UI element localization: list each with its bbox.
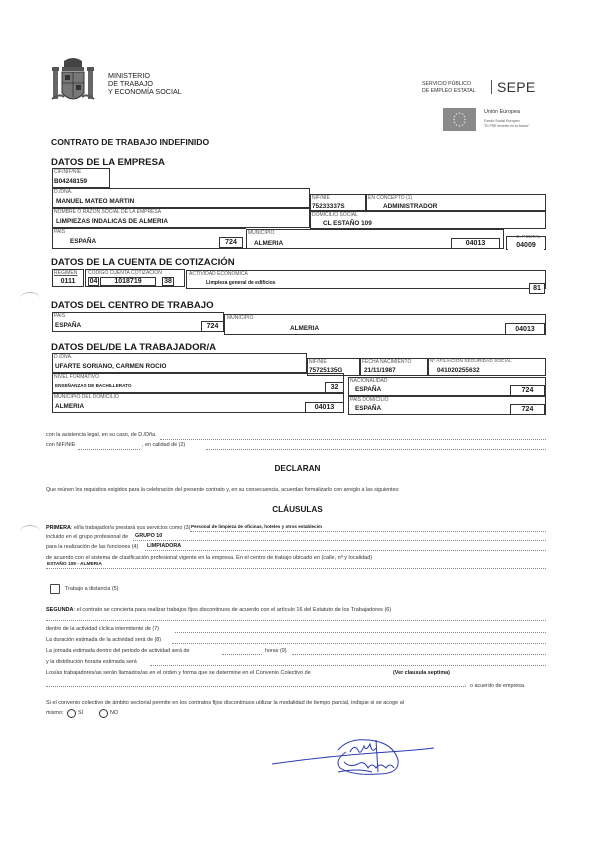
cpostal-label: C. POSTAL — [516, 235, 541, 240]
tiempo-parcial-text: Si el convenio colectivo de ámbito secto… — [46, 700, 404, 706]
actividad-label: ACTIVIDAD ECONÓMICA — [189, 271, 248, 277]
no-label: NO — [110, 710, 118, 716]
codigo-cuenta-label: CÓDIGO CUENTA COTIZACIÓN — [88, 270, 162, 276]
coat-of-arms-icon — [50, 57, 96, 107]
asistencia-dona-blank[interactable] — [160, 439, 546, 440]
sepe-line: DE EMPLEO ESTATAL — [422, 88, 476, 95]
funciones-value: LIMPIADORA — [147, 543, 181, 549]
jornada-text: La jornada estimada dentro del periodo d… — [46, 648, 190, 654]
segunda-text: : el contrato se concierta para realizar… — [74, 607, 392, 613]
municipio-label: MUNICIPIO — [248, 230, 274, 236]
asistencia-line-2b: , en calidad de (2) — [142, 442, 185, 448]
trabajo-distancia-checkbox[interactable] — [50, 584, 60, 594]
document-title: CONTRATO DE TRABAJO INDEFINIDO — [51, 137, 209, 147]
nivel-formativo-value: ENSEÑANZAS DE BACHILLERATO — [55, 383, 131, 388]
actividad-value: Limpieza general de edificios — [206, 280, 275, 286]
nivel-formativo-code: 32 — [325, 382, 344, 393]
convenio-blank[interactable] — [46, 686, 466, 687]
municipio-centro-code: 04013 — [505, 323, 545, 335]
fecha-nacimiento-label: FECHA NACIMIENTO — [362, 359, 411, 365]
pais-centro-code: 724 — [201, 321, 224, 332]
funciones-text: para la realización de las funciones (4) — [46, 544, 138, 550]
no-radio[interactable] — [99, 709, 108, 718]
municipio-value: ALMERIA — [254, 240, 283, 247]
cif-value: B04248159 — [54, 178, 87, 185]
asistencia-nif-blank[interactable] — [78, 449, 140, 450]
municipio-domicilio-value: ALMERIA — [55, 403, 84, 410]
jornada-blank[interactable] — [292, 654, 546, 655]
sepe-line: SERVICIO PÚBLICO — [422, 81, 476, 88]
section-title-empresa: DATOS DE LA EMPRESA — [51, 157, 165, 168]
trabajador-nif-label: NIF/NIE — [309, 359, 327, 365]
municipio-centro-value: ALMERIA — [290, 325, 319, 332]
acuerdo-empresa-text: o acuerdo de empresa. — [470, 683, 525, 689]
codigo-num: 1018719 — [100, 277, 156, 286]
pais-centro-value: ESPAÑA — [55, 322, 81, 329]
segunda-blank[interactable] — [46, 620, 546, 621]
signature-image — [268, 738, 438, 788]
grupo-text: incluido en el grupo profesional de — [46, 534, 128, 540]
sepe-small-text: SERVICIO PÚBLICO DE EMPLEO ESTATAL — [422, 81, 476, 94]
eu-fund-text: Fondo Social Europeo "El FSE invierte en… — [484, 119, 530, 129]
sepe-logo: SEPE — [497, 79, 536, 95]
pais-domicilio-label: PAÍS DOMICILIO — [350, 397, 389, 403]
distribucion-text: y la distribución horaria estimada será — [46, 659, 137, 665]
primera-value: Personal de limpieza de oficinas, hotele… — [191, 524, 322, 529]
fecha-nacimiento-value: 21/11/1987 — [364, 367, 396, 374]
si-label: SÍ — [78, 710, 83, 716]
centro-blank[interactable] — [46, 568, 546, 569]
nif-value: 75233337S — [312, 203, 345, 210]
section-title-cotizacion: DATOS DE LA CUENTA DE COTIZACIÓN — [51, 257, 235, 268]
nif-label: NIF/NIE — [312, 195, 330, 201]
concepto-value: ADMINISTRADOR — [383, 203, 437, 210]
afiliacion-label: Nº AFILIACIÓN SEGURIDAD SOCIAL — [430, 359, 512, 364]
concepto-label: EN CONCEPTO (1) — [368, 195, 412, 201]
pais-label: PAÍS — [54, 229, 65, 235]
asistencia-calidad-blank[interactable] — [206, 449, 546, 450]
eu-fund-line: "El FSE invierte en tu futuro" — [484, 124, 530, 129]
domicilio-value: CL ESTAÑO 109 — [323, 220, 372, 227]
razon-social-value: LIMPIEZAS INDALICAS DE ALMERIA — [56, 218, 168, 225]
trabajador-nombre-value: UFARTE SORIANO, CARMEN ROCIO — [55, 363, 166, 370]
primera-line: PRIMERA: el/la trabajador/a prestará sus… — [46, 525, 190, 531]
llamados-text: Los/as trabajadores/as serán llamados/as… — [46, 670, 311, 676]
actividad-code: 81 — [529, 283, 545, 294]
ministry-name: MINISTERIO DE TRABAJO Y ECONOMÍA SOCIAL — [108, 72, 182, 96]
codigo-prov: 04 — [88, 277, 99, 286]
asistencia-line-1: con la asistencia legal, en su caso, de … — [46, 432, 157, 438]
trabajo-distancia-label: Trabajo a distancia (5) — [65, 586, 118, 592]
regimen-value: 0111 — [54, 277, 82, 286]
nacionalidad-label: NACIONALIDAD — [350, 378, 388, 384]
trabajador-nombre-label: D./DÑA. — [54, 354, 72, 360]
municipio-domicilio-code: 04013 — [305, 402, 344, 413]
municipio-code: 04013 — [451, 238, 500, 249]
primera-text: : el/la trabajador/a prestará sus servic… — [71, 525, 191, 531]
grupo-value: GRUPO 10 — [135, 533, 162, 539]
nacionalidad-code: 724 — [510, 385, 545, 396]
domicilio-label: DOMICILIO SOCIAL — [312, 212, 358, 218]
punch-hole-mark — [20, 525, 40, 538]
duracion-text: La duración estimada de la actividad ser… — [46, 637, 161, 643]
sepe-divider — [491, 80, 492, 94]
jornada-horas-label: horas (9) — [265, 648, 287, 654]
pais-centro-label: PAÍS — [54, 313, 65, 319]
centro-value: ESTAÑO 109 - ALMERIA — [47, 562, 102, 567]
primera-blank[interactable] — [190, 531, 546, 532]
section-title-trabajador: DATOS DEL/DE LA TRABAJADOR/A — [51, 342, 216, 353]
jornada-horas-blank[interactable] — [222, 654, 262, 655]
codigo-dc: 38 — [162, 277, 174, 286]
pais-domicilio-code: 724 — [510, 404, 545, 415]
funciones-blank[interactable] — [145, 550, 546, 551]
ciclica-blank[interactable] — [175, 632, 546, 633]
mismo-label: mismo: — [46, 710, 63, 716]
nivel-formativo-label: NIVEL FORMATIVO — [54, 374, 99, 380]
ministry-line: Y ECONOMÍA SOCIAL — [108, 88, 182, 96]
eu-label: Unión Europea — [484, 109, 520, 115]
section-title-centro: DATOS DEL CENTRO DE TRABAJO — [51, 300, 214, 311]
grupo-blank[interactable] — [133, 540, 546, 541]
convenio-value: (Ver clausula septima) — [393, 670, 450, 676]
afiliacion-value: 041020255632 — [437, 367, 480, 374]
dona-label: D./DÑA. — [54, 189, 72, 195]
nacionalidad-value: ESPAÑA — [355, 386, 381, 393]
si-radio[interactable] — [67, 709, 76, 718]
municipio-centro-field — [224, 314, 546, 335]
asistencia-line-2a: con NIF/NIE — [46, 442, 75, 448]
declaran-heading: DECLARAN — [0, 464, 595, 473]
declaran-text: Que reúnen los requisitos exigidos para … — [46, 487, 400, 493]
punch-hole-mark — [20, 292, 40, 305]
duracion-blank[interactable] — [172, 643, 546, 644]
municipio-domicilio-label: MUNICIPIO DEL DOMICILIO — [54, 394, 119, 400]
ciclica-text: dentro de la actividad cíclica intermite… — [46, 626, 159, 632]
pais-domicilio-value: ESPAÑA — [355, 405, 381, 412]
primera-label: PRIMERA — [46, 525, 71, 531]
cif-label: CIF/NIF/NIE — [54, 169, 81, 175]
regimen-label: RÉGIMEN — [54, 270, 77, 276]
cpostal-value: 04009 — [508, 241, 544, 250]
eu-flag-icon — [443, 108, 476, 131]
distribucion-blank[interactable] — [150, 665, 546, 666]
razon-social-label: NOMBRE O RAZÓN SOCIAL DE LA EMPRESA — [54, 209, 161, 215]
pais-value: ESPAÑA — [70, 238, 96, 245]
municipio-centro-label: MUNICIPIO — [227, 315, 253, 321]
pais-code: 724 — [219, 237, 243, 248]
acuerdo-text: de acuerdo con el sistema de clasificaci… — [46, 555, 372, 561]
clausulas-heading: CLÁUSULAS — [0, 505, 595, 514]
segunda-label: SEGUNDA — [46, 607, 74, 613]
dona-value: MANUEL MATEO MARTIN — [56, 198, 134, 205]
segunda-line: SEGUNDA: el contrato se concierta para r… — [46, 607, 391, 613]
